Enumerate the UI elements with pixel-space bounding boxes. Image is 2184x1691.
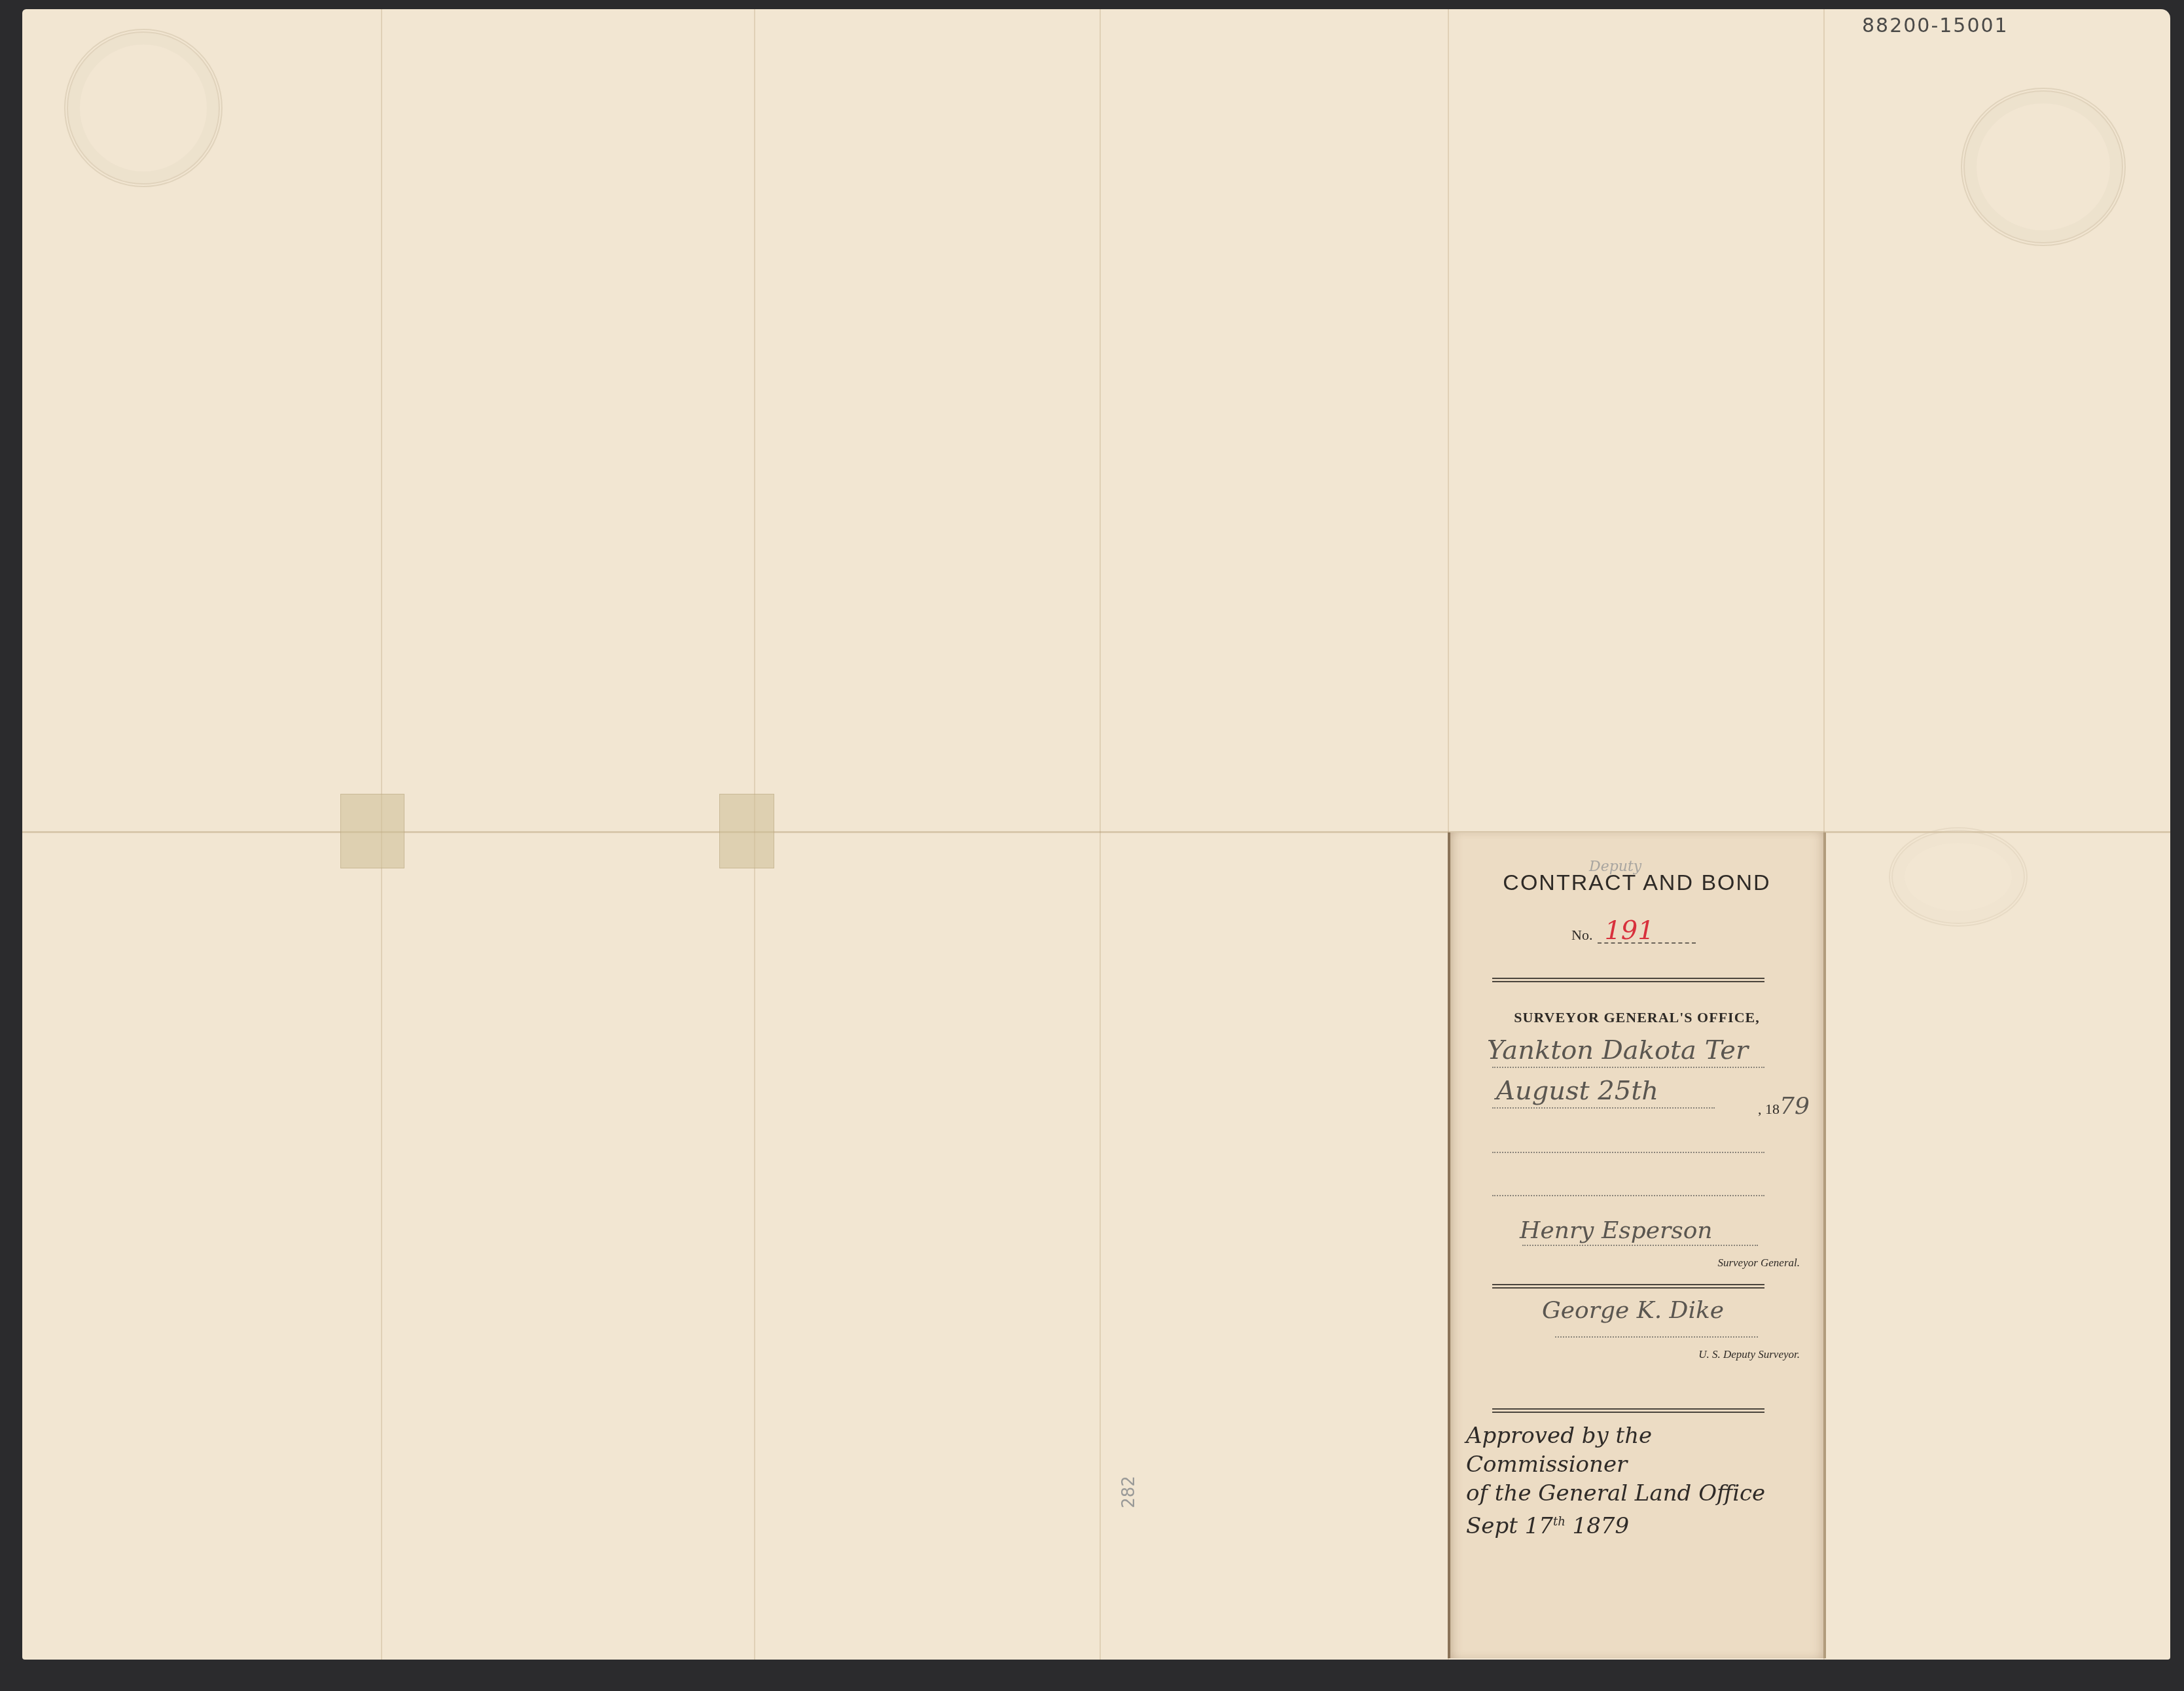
office-heading: SURVEYOR GENERAL'S OFFICE, bbox=[1450, 1009, 1823, 1026]
number-label: No. bbox=[1571, 927, 1592, 944]
approval-year: 1879 bbox=[1573, 1513, 1630, 1539]
approval-note: Approved by the Commissioner of the Gene… bbox=[1466, 1421, 1806, 1540]
seal-top-left bbox=[64, 29, 223, 187]
approval-date-line: Sept 17th 1879 bbox=[1466, 1508, 1806, 1540]
fold-line bbox=[1100, 9, 1101, 1660]
approval-line-2: of the General Land Office bbox=[1466, 1479, 1806, 1508]
double-rule bbox=[1492, 1284, 1764, 1289]
approval-date: Sept 17 bbox=[1466, 1513, 1553, 1539]
dotted-line bbox=[1555, 1336, 1758, 1338]
double-rule bbox=[1492, 978, 1764, 982]
approval-line-1: Approved by the Commissioner bbox=[1466, 1421, 1806, 1479]
year-printed: , 1879 bbox=[1758, 1093, 1810, 1120]
contract-number: No. 191 bbox=[1571, 919, 1696, 944]
dotted-line bbox=[1492, 1067, 1764, 1068]
dotted-line bbox=[1492, 1107, 1715, 1109]
place-handwritten: Yankton Dakota Ter bbox=[1487, 1035, 1748, 1065]
archive-number: 88200-15001 bbox=[1862, 14, 2009, 37]
seal-right-panel bbox=[1889, 827, 2028, 927]
year-prefix: , 18 bbox=[1758, 1101, 1780, 1117]
seal-top-right bbox=[1961, 88, 2126, 246]
dotted-line bbox=[1522, 1245, 1758, 1246]
dotted-line bbox=[1492, 1152, 1764, 1153]
cover-title: CONTRACT AND BOND bbox=[1450, 870, 1823, 896]
date-handwritten: August 25th bbox=[1496, 1076, 1658, 1106]
document-sheet bbox=[22, 9, 2170, 1660]
signature-deputy-surveyor: George K. Dike bbox=[1542, 1297, 1724, 1324]
year-handwritten: 79 bbox=[1780, 1093, 1810, 1120]
pencil-margin-note: 282 bbox=[1119, 1476, 1139, 1508]
contract-cover-panel: Deputy CONTRACT AND BOND No. 191 SURVEYO… bbox=[1448, 832, 1826, 1658]
label-deputy-surveyor: U. S. Deputy Surveyor. bbox=[1698, 1348, 1800, 1361]
approval-date-suffix: th bbox=[1553, 1515, 1566, 1529]
number-value: 191 bbox=[1598, 919, 1696, 944]
tape-patch bbox=[340, 794, 404, 868]
tape-patch bbox=[719, 794, 774, 868]
double-rule bbox=[1492, 1408, 1764, 1413]
signature-surveyor-general: Henry Esperson bbox=[1520, 1217, 1713, 1244]
dotted-line bbox=[1492, 1195, 1764, 1196]
label-surveyor-general: Surveyor General. bbox=[1717, 1256, 1800, 1270]
